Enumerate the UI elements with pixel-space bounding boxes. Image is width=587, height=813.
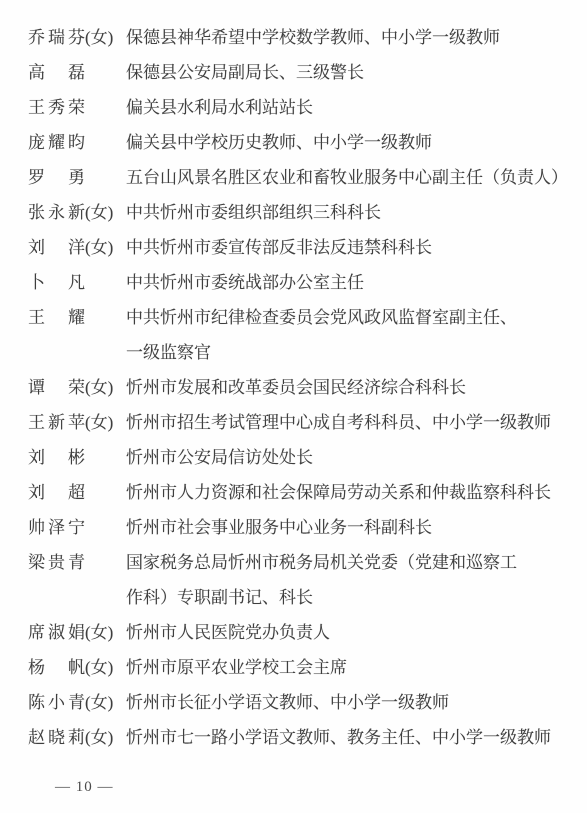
position-title: 忻州市公安局信访处处长 — [126, 440, 313, 475]
position-title: 忻州市长征小学语文教师、中小学一级教师 — [126, 685, 449, 720]
position-title: 中共忻州市委宣传部反非法反违禁科科长 — [126, 230, 432, 265]
page-number: — 10 — — [0, 777, 587, 797]
recipient-name: 庞耀昀 — [28, 125, 85, 160]
gender-marker: (女) — [85, 195, 126, 230]
recipient-name: 卜凡 — [28, 265, 85, 300]
recipient-name: 陈小青 — [28, 685, 85, 720]
position-title: 中共忻州市委统战部办公室主任 — [126, 265, 364, 300]
position-title: 忻州市人力资源和社会保障局劳动关系和仲裁监察科科长 — [126, 475, 551, 510]
recipient-name: 王耀 — [28, 300, 85, 335]
position-title: 偏关县水利局水利站站长 — [126, 90, 313, 125]
recipient-name: 刘彬 — [28, 440, 85, 475]
position-title: 五台山风景名胜区农业和畜牧业服务中心副主任（负责人） — [126, 160, 568, 195]
recipient-name: 刘超 — [28, 475, 85, 510]
gender-marker: (女) — [85, 230, 126, 265]
position-title: 忻州市原平农业学校工会主席 — [126, 650, 347, 685]
recipient-row: 帅泽宁忻州市社会事业服务中心业务一科副科长 — [0, 510, 587, 545]
position-title: 中共忻州市委组织部组织三科科长 — [126, 195, 381, 230]
gender-marker: (女) — [85, 370, 126, 405]
recipient-name: 王新苹 — [28, 405, 85, 440]
recipient-row: 席淑娟(女)忻州市人民医院党办负责人 — [0, 615, 587, 650]
recipient-row: 谭荣(女)忻州市发展和改革委员会国民经济综合科科长 — [0, 370, 587, 405]
position-title: 忻州市七一路小学语文教师、教务主任、中小学一级教师 — [126, 720, 551, 755]
recipient-row: 杨帆(女)忻州市原平农业学校工会主席 — [0, 650, 587, 685]
recipient-name: 杨帆 — [28, 650, 85, 685]
recipient-row: 刘超忻州市人力资源和社会保障局劳动关系和仲裁监察科科长 — [0, 475, 587, 510]
recipient-name: 刘洋 — [28, 230, 85, 265]
position-title: 中共忻州市纪律检查委员会党风政风监督室副主任、 — [126, 300, 517, 335]
recipient-row: 梁贵青国家税务总局忻州市税务局机关党委（党建和巡察工 — [0, 545, 587, 580]
recipient-row: 张永新(女)中共忻州市委组织部组织三科科长 — [0, 195, 587, 230]
recipient-name: 帅泽宁 — [28, 510, 85, 545]
recipient-list: 乔瑞芬(女)保德县神华希望中学校数学教师、中小学一级教师 高磊保德县公安局副局长… — [0, 20, 587, 755]
position-title: 国家税务总局忻州市税务局机关党委（党建和巡察工 — [126, 545, 517, 580]
recipient-row: 赵晓莉(女)忻州市七一路小学语文教师、教务主任、中小学一级教师 — [0, 720, 587, 755]
recipient-row: 罗勇五台山风景名胜区农业和畜牧业服务中心副主任（负责人） — [0, 160, 587, 195]
recipient-row: 王耀中共忻州市纪律检查委员会党风政风监督室副主任、 — [0, 300, 587, 335]
recipient-row: 陈小青(女)忻州市长征小学语文教师、中小学一级教师 — [0, 685, 587, 720]
position-title: 保德县公安局副局长、三级警长 — [126, 55, 364, 90]
recipient-name: 高磊 — [28, 55, 85, 90]
recipient-name: 席淑娟 — [28, 615, 85, 650]
gender-marker: (女) — [85, 615, 126, 650]
recipient-name: 乔瑞芬 — [28, 20, 85, 55]
position-title: 保德县神华希望中学校数学教师、中小学一级教师 — [126, 20, 500, 55]
recipient-name: 王秀荣 — [28, 90, 85, 125]
gender-marker: (女) — [85, 405, 126, 440]
recipient-row: 王秀荣偏关县水利局水利站站长 — [0, 90, 587, 125]
position-title: 忻州市社会事业服务中心业务一科副科长 — [126, 510, 432, 545]
document-page: 乔瑞芬(女)保德县神华希望中学校数学教师、中小学一级教师 高磊保德县公安局副局长… — [0, 0, 587, 813]
recipient-row: 王新苹(女)忻州市招生考试管理中心成自考科科员、中小学一级教师 — [0, 405, 587, 440]
position-title: 忻州市人民医院党办负责人 — [126, 615, 330, 650]
gender-marker: (女) — [85, 685, 126, 720]
recipient-name: 张永新 — [28, 195, 85, 230]
recipient-row: 卜凡中共忻州市委统战部办公室主任 — [0, 265, 587, 300]
recipient-row: 刘洋(女)中共忻州市委宣传部反非法反违禁科科长 — [0, 230, 587, 265]
recipient-name: 赵晓莉 — [28, 720, 85, 755]
recipient-name: 罗勇 — [28, 160, 85, 195]
gender-marker: (女) — [85, 650, 126, 685]
position-title: 忻州市发展和改革委员会国民经济综合科科长 — [126, 370, 466, 405]
position-title-continuation: 作科）专职副书记、科长 — [0, 580, 587, 615]
position-title: 忻州市招生考试管理中心成自考科科员、中小学一级教师 — [126, 405, 551, 440]
recipient-name: 梁贵青 — [28, 545, 85, 580]
recipient-row: 乔瑞芬(女)保德县神华希望中学校数学教师、中小学一级教师 — [0, 20, 587, 55]
position-title: 偏关县中学校历史教师、中小学一级教师 — [126, 125, 432, 160]
recipient-name: 谭荣 — [28, 370, 85, 405]
recipient-row: 高磊保德县公安局副局长、三级警长 — [0, 55, 587, 90]
gender-marker: (女) — [85, 20, 126, 55]
recipient-row: 刘彬忻州市公安局信访处处长 — [0, 440, 587, 475]
position-title-continuation: 一级监察官 — [0, 335, 587, 370]
recipient-row: 庞耀昀偏关县中学校历史教师、中小学一级教师 — [0, 125, 587, 160]
gender-marker: (女) — [85, 720, 126, 755]
